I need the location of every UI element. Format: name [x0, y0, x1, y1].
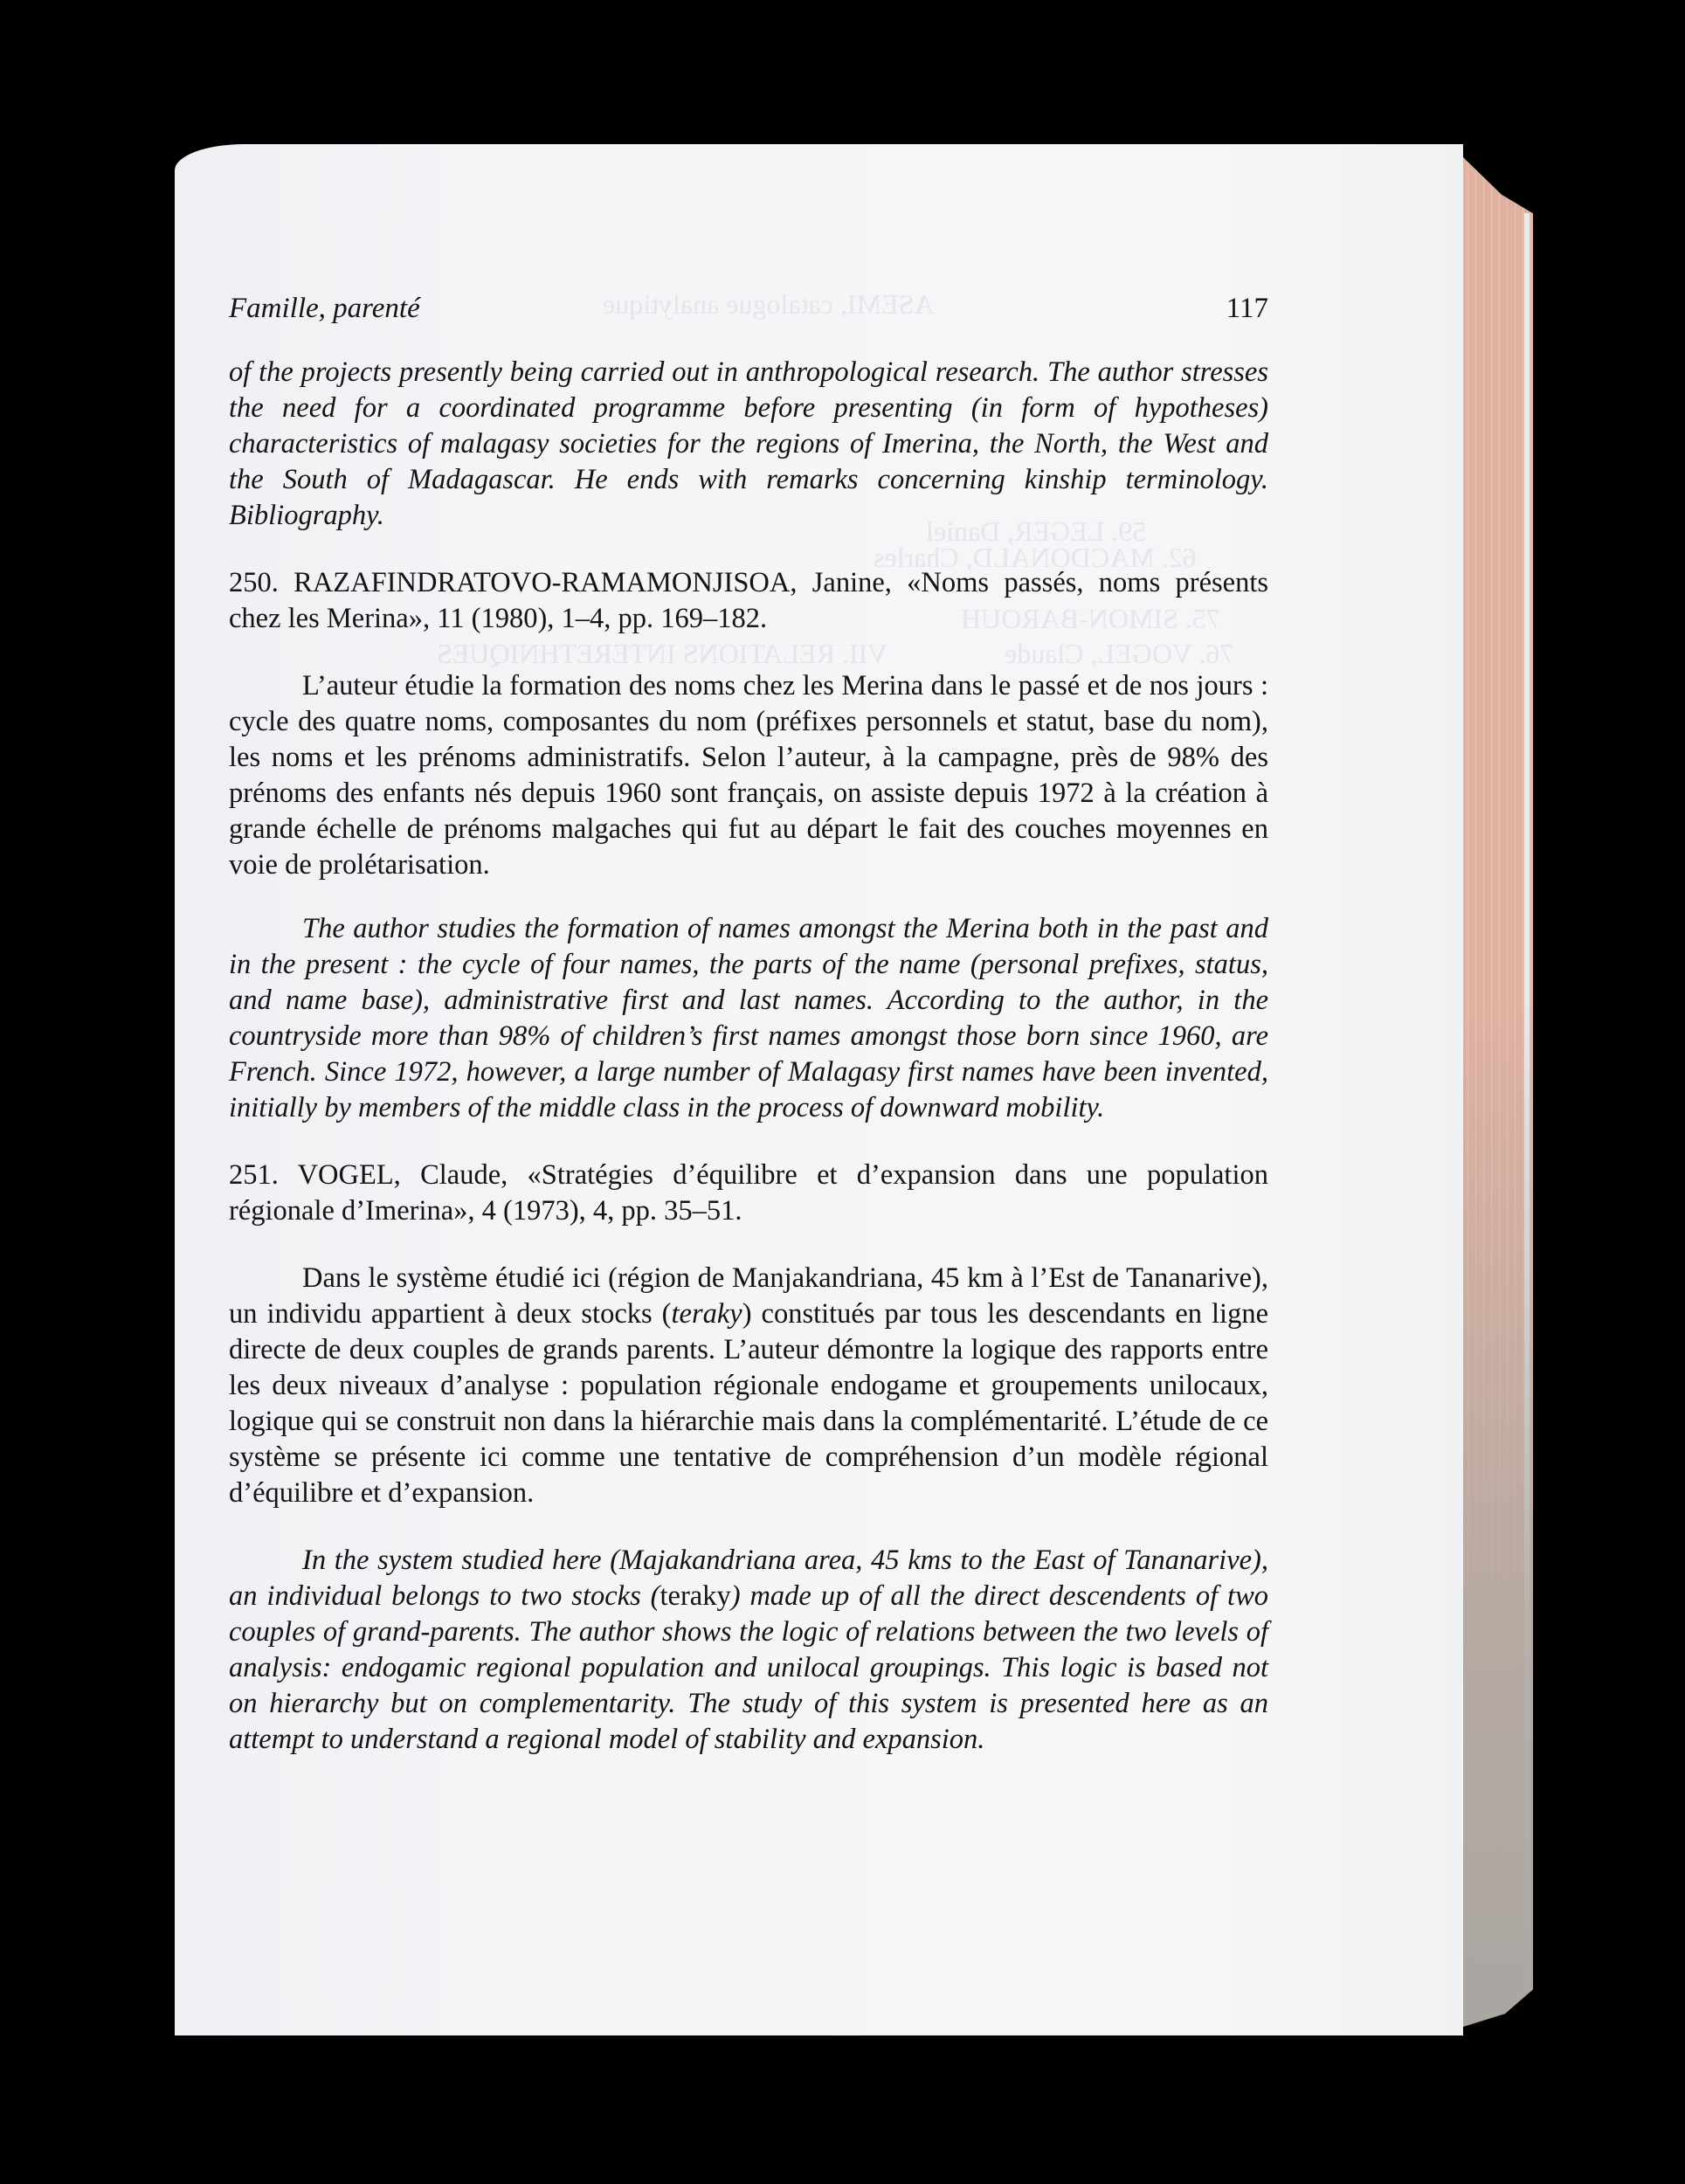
native-term: teraky: [671, 1298, 742, 1330]
section-title: Famille, parenté: [229, 293, 420, 325]
entry-251-abstract-fr: Dans le système étudié ici (région de Ma…: [229, 1261, 1268, 1511]
page-fore-edge: [1463, 157, 1533, 2027]
entry-number: 250.: [229, 567, 279, 598]
entry-250-abstract-en: The author studies the formation of name…: [229, 911, 1268, 1126]
entry-250-citation: 250. RAZAFINDRATOVO-RAMAMONJISOA, Janine…: [229, 565, 1268, 637]
entry-251-citation: 251. VOGEL, Claude, «Stratégies d’équili…: [229, 1158, 1268, 1229]
page-sheet-edge: [1524, 213, 1530, 1989]
entry-250-abstract-fr: L’auteur étudie la formation des noms ch…: [229, 668, 1268, 883]
native-term: teraky: [660, 1580, 731, 1612]
entry-citation: RAZAFINDRATOVO-RAMAMONJISOA, Janine, «No…: [229, 567, 1268, 634]
entry-251-abstract-en: In the system studied here (Majakandrian…: [229, 1543, 1268, 1758]
page-body: of the projects presently being carried …: [229, 355, 1268, 1758]
continued-abstract: of the projects presently being carried …: [229, 355, 1268, 534]
entry-citation: VOGEL, Claude, «Stratégies d’équilibre e…: [229, 1159, 1268, 1227]
abstract-text: ) constitués par tous les descendants en…: [229, 1298, 1268, 1509]
entry-number: 251.: [229, 1159, 279, 1191]
page-number: 117: [1226, 293, 1268, 325]
running-head: Famille, parenté 117: [229, 293, 1268, 325]
